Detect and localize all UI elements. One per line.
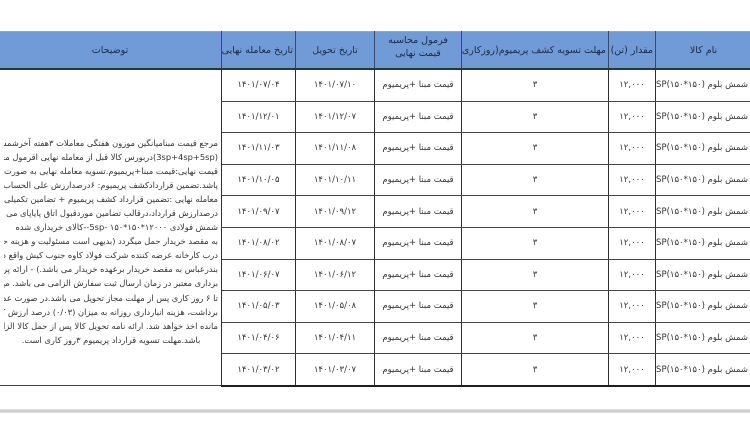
cell-formula[interactable]: قیمت مبنا +پریمیوم (375, 322, 462, 354)
spreadsheet-view: نام کالا مقدار (تن) مهلت تسویه کشف پریمی… (0, 0, 750, 430)
cell-delivery-date[interactable]: ۱۴۰۱/۰۹/۱۲ (296, 196, 375, 228)
header-notes[interactable]: توضیحات (0, 32, 222, 70)
cell-quantity[interactable]: ۱۲,۰۰۰ (609, 354, 656, 386)
cell-quantity[interactable]: ۱۲,۰۰۰ (609, 164, 656, 196)
cell-final-trade-date[interactable]: ۱۴۰۱/۱۱/۰۳ (222, 133, 296, 165)
cell-settlement[interactable]: ۳ (462, 354, 609, 386)
cell-formula[interactable]: قیمت مبنا +پریمیوم (375, 196, 462, 228)
table-row: شمش بلوم (۱۵۰*۱۵۰)5SP ۱۲,۰۰۰ ۳ قیمت مبنا… (0, 69, 750, 101)
cell-final-trade-date[interactable]: ۱۴۰۱/۱۰/۰۵ (222, 164, 296, 196)
cell-settlement[interactable]: ۳ (462, 101, 609, 133)
horizontal-scrollbar-edge (0, 409, 750, 413)
cell-formula[interactable]: قیمت مبنا +پریمیوم (375, 101, 462, 133)
cell-quantity[interactable]: ۱۲,۰۰۰ (609, 101, 656, 133)
cell-product[interactable]: شمش بلوم (۱۵۰*۱۵۰)5SP (656, 322, 750, 354)
cell-product[interactable]: شمش بلوم (۱۵۰*۱۵۰)5SP (656, 69, 750, 101)
notes-line: معامله نهایی :تضمین قرارداد کشف پریمیوم … (4, 192, 218, 206)
header-final-trade-date[interactable]: تاریخ معامله نهایی (222, 32, 296, 70)
cell-settlement[interactable]: ۳ (462, 196, 609, 228)
cell-quantity[interactable]: ۱۲,۰۰۰ (609, 291, 656, 323)
cell-settlement[interactable]: ۳ (462, 322, 609, 354)
contract-schedule-table: نام کالا مقدار (تن) مهلت تسویه کشف پریمی… (0, 31, 750, 387)
cell-delivery-date[interactable]: ۱۴۰۱/۰۵/۰۸ (296, 291, 375, 323)
notes-line: برداری معتبر در زمان ارسال ثبت سفارش الز… (4, 276, 218, 290)
cell-final-trade-date[interactable]: ۱۴۰۱/۰۳/۰۲ (222, 354, 296, 386)
cell-delivery-date[interactable]: ۱۴۰۱/۱۲/۰۷ (296, 101, 375, 133)
notes-line: درب کارخانه عرضه کننده شرکت فولاد کاوه ج… (4, 248, 218, 262)
notes-line: باشد.مهلت تسویه قرارداد پریمیوم ۳روز کار… (4, 333, 218, 347)
cell-settlement[interactable]: ۳ (462, 291, 609, 323)
cell-product[interactable]: شمش بلوم (۱۵۰*۱۵۰)5SP (656, 354, 750, 386)
notes-line: مانده اخذ خواهد شد. ارائه نامه تحویل کال… (4, 319, 218, 333)
cell-final-trade-date[interactable]: ۱۴۰۱/۱۲/۰۱ (222, 101, 296, 133)
cell-formula[interactable]: قیمت مبنا +پریمیوم (375, 291, 462, 323)
header-product[interactable]: نام کالا (656, 32, 750, 70)
notes-line: به مقصد خریدار حمل میگردد (بدیهی است مسئ… (4, 234, 218, 248)
cell-delivery-date[interactable]: ۱۴۰۱/۱۱/۰۸ (296, 133, 375, 165)
notes-line: شمش فولادی ۱۲۰۰۰*۱۵۰*۱۵۰ -5sp--کالای خری… (4, 220, 218, 234)
cell-quantity[interactable]: ۱۲,۰۰۰ (609, 133, 656, 165)
notes-line: (3sp+4sp+5sp)دربورس کالا قبل از معامله ن… (4, 150, 218, 164)
cell-product[interactable]: شمش بلوم (۱۵۰*۱۵۰)5SP (656, 291, 750, 323)
cell-final-trade-date[interactable]: ۱۴۰۱/۰۷/۰۴ (222, 69, 296, 101)
header-row: نام کالا مقدار (تن) مهلت تسویه کشف پریمی… (0, 32, 750, 70)
cell-delivery-date[interactable]: ۱۴۰۱/۰۶/۱۲ (296, 259, 375, 291)
cell-final-trade-date[interactable]: ۱۴۰۱/۰۶/۰۷ (222, 259, 296, 291)
cell-quantity[interactable]: ۱۲,۰۰۰ (609, 69, 656, 101)
cell-delivery-date[interactable]: ۱۴۰۱/۰۴/۱۱ (296, 322, 375, 354)
cell-product[interactable]: شمش بلوم (۱۵۰*۱۵۰)5SP (656, 227, 750, 259)
cell-quantity[interactable]: ۱۲,۰۰۰ (609, 322, 656, 354)
notes-line: مرجع قیمت مبنامیانگین موزون هفتگی معاملا… (4, 136, 218, 150)
cell-final-trade-date[interactable]: ۱۴۰۱/۰۵/۰۳ (222, 291, 296, 323)
cell-formula[interactable]: قیمت مبنا +پریمیوم (375, 354, 462, 386)
header-formula[interactable]: فرمول محاسبه قیمت نهایی (375, 32, 462, 70)
cell-settlement[interactable]: ۳ (462, 164, 609, 196)
cell-product[interactable]: شمش بلوم (۱۵۰*۱۵۰)5SP (656, 164, 750, 196)
cell-delivery-date[interactable]: ۱۴۰۱/۱۰/۱۱ (296, 164, 375, 196)
notes-text: مرجع قیمت مبنامیانگین موزون هفتگی معاملا… (2, 109, 218, 347)
cell-product[interactable]: شمش بلوم (۱۵۰*۱۵۰)5SP (656, 196, 750, 228)
header-quantity[interactable]: مقدار (تن) (609, 32, 656, 70)
notes-line: برداشت، هزینه انبارداری روزانه به میزان … (4, 305, 218, 319)
notes-line: بندرعباس به مقصد خریدار برعهده خریدار می… (4, 262, 218, 276)
cell-settlement[interactable]: ۳ (462, 259, 609, 291)
cell-formula[interactable]: قیمت مبنا +پریمیوم (375, 69, 462, 101)
header-delivery-date[interactable]: تاریخ تحویل (296, 32, 375, 70)
cell-product[interactable]: شمش بلوم (۱۵۰*۱۵۰)5SP (656, 101, 750, 133)
cell-quantity[interactable]: ۱۲,۰۰۰ (609, 227, 656, 259)
cell-delivery-date[interactable]: ۱۴۰۱/۰۸/۰۷ (296, 227, 375, 259)
cell-final-trade-date[interactable]: ۱۴۰۱/۰۴/۰۶ (222, 322, 296, 354)
cell-delivery-date[interactable]: ۱۴۰۱/۰۳/۰۷ (296, 354, 375, 386)
notes-line: درصدارزش قرارداد،درقالب تضامین موردقبول … (4, 206, 218, 220)
header-settlement[interactable]: مهلت تسویه کشف پریمیوم(روزکاری) (462, 32, 609, 70)
cell-product[interactable]: شمش بلوم (۱۵۰*۱۵۰)5SP (656, 259, 750, 291)
cell-formula[interactable]: قیمت مبنا +پریمیوم (375, 227, 462, 259)
cell-quantity[interactable]: ۱۲,۰۰۰ (609, 259, 656, 291)
cell-final-trade-date[interactable]: ۱۴۰۱/۰۸/۰۲ (222, 227, 296, 259)
cell-settlement[interactable]: ۳ (462, 227, 609, 259)
cell-settlement[interactable]: ۳ (462, 133, 609, 165)
cell-notes[interactable]: مرجع قیمت مبنامیانگین موزون هفتگی معاملا… (0, 69, 222, 386)
cell-product[interactable]: شمش بلوم (۱۵۰*۱۵۰)5SP (656, 133, 750, 165)
notes-line: پاشد.تضمین قراردادکشف پریمیوم: ۶درصدارزش… (4, 178, 218, 192)
cell-quantity[interactable]: ۱۲,۰۰۰ (609, 196, 656, 228)
cell-delivery-date[interactable]: ۱۴۰۱/۰۷/۱۰ (296, 69, 375, 101)
cell-formula[interactable]: قیمت مبنا +پریمیوم (375, 164, 462, 196)
cell-final-trade-date[interactable]: ۱۴۰۱/۰۹/۰۷ (222, 196, 296, 228)
cell-settlement[interactable]: ۳ (462, 69, 609, 101)
cell-formula[interactable]: قیمت مبنا +پریمیوم (375, 133, 462, 165)
sheet-top-margin (0, 0, 750, 30)
notes-line: تا ۶ روز کاری پس از مهلت مجاز تحویل می ب… (4, 291, 218, 305)
notes-line: قیمت نهایی:قیمت مبنا+پریمیوم.تسویه معامل… (4, 164, 218, 178)
cell-formula[interactable]: قیمت مبنا +پریمیوم (375, 259, 462, 291)
